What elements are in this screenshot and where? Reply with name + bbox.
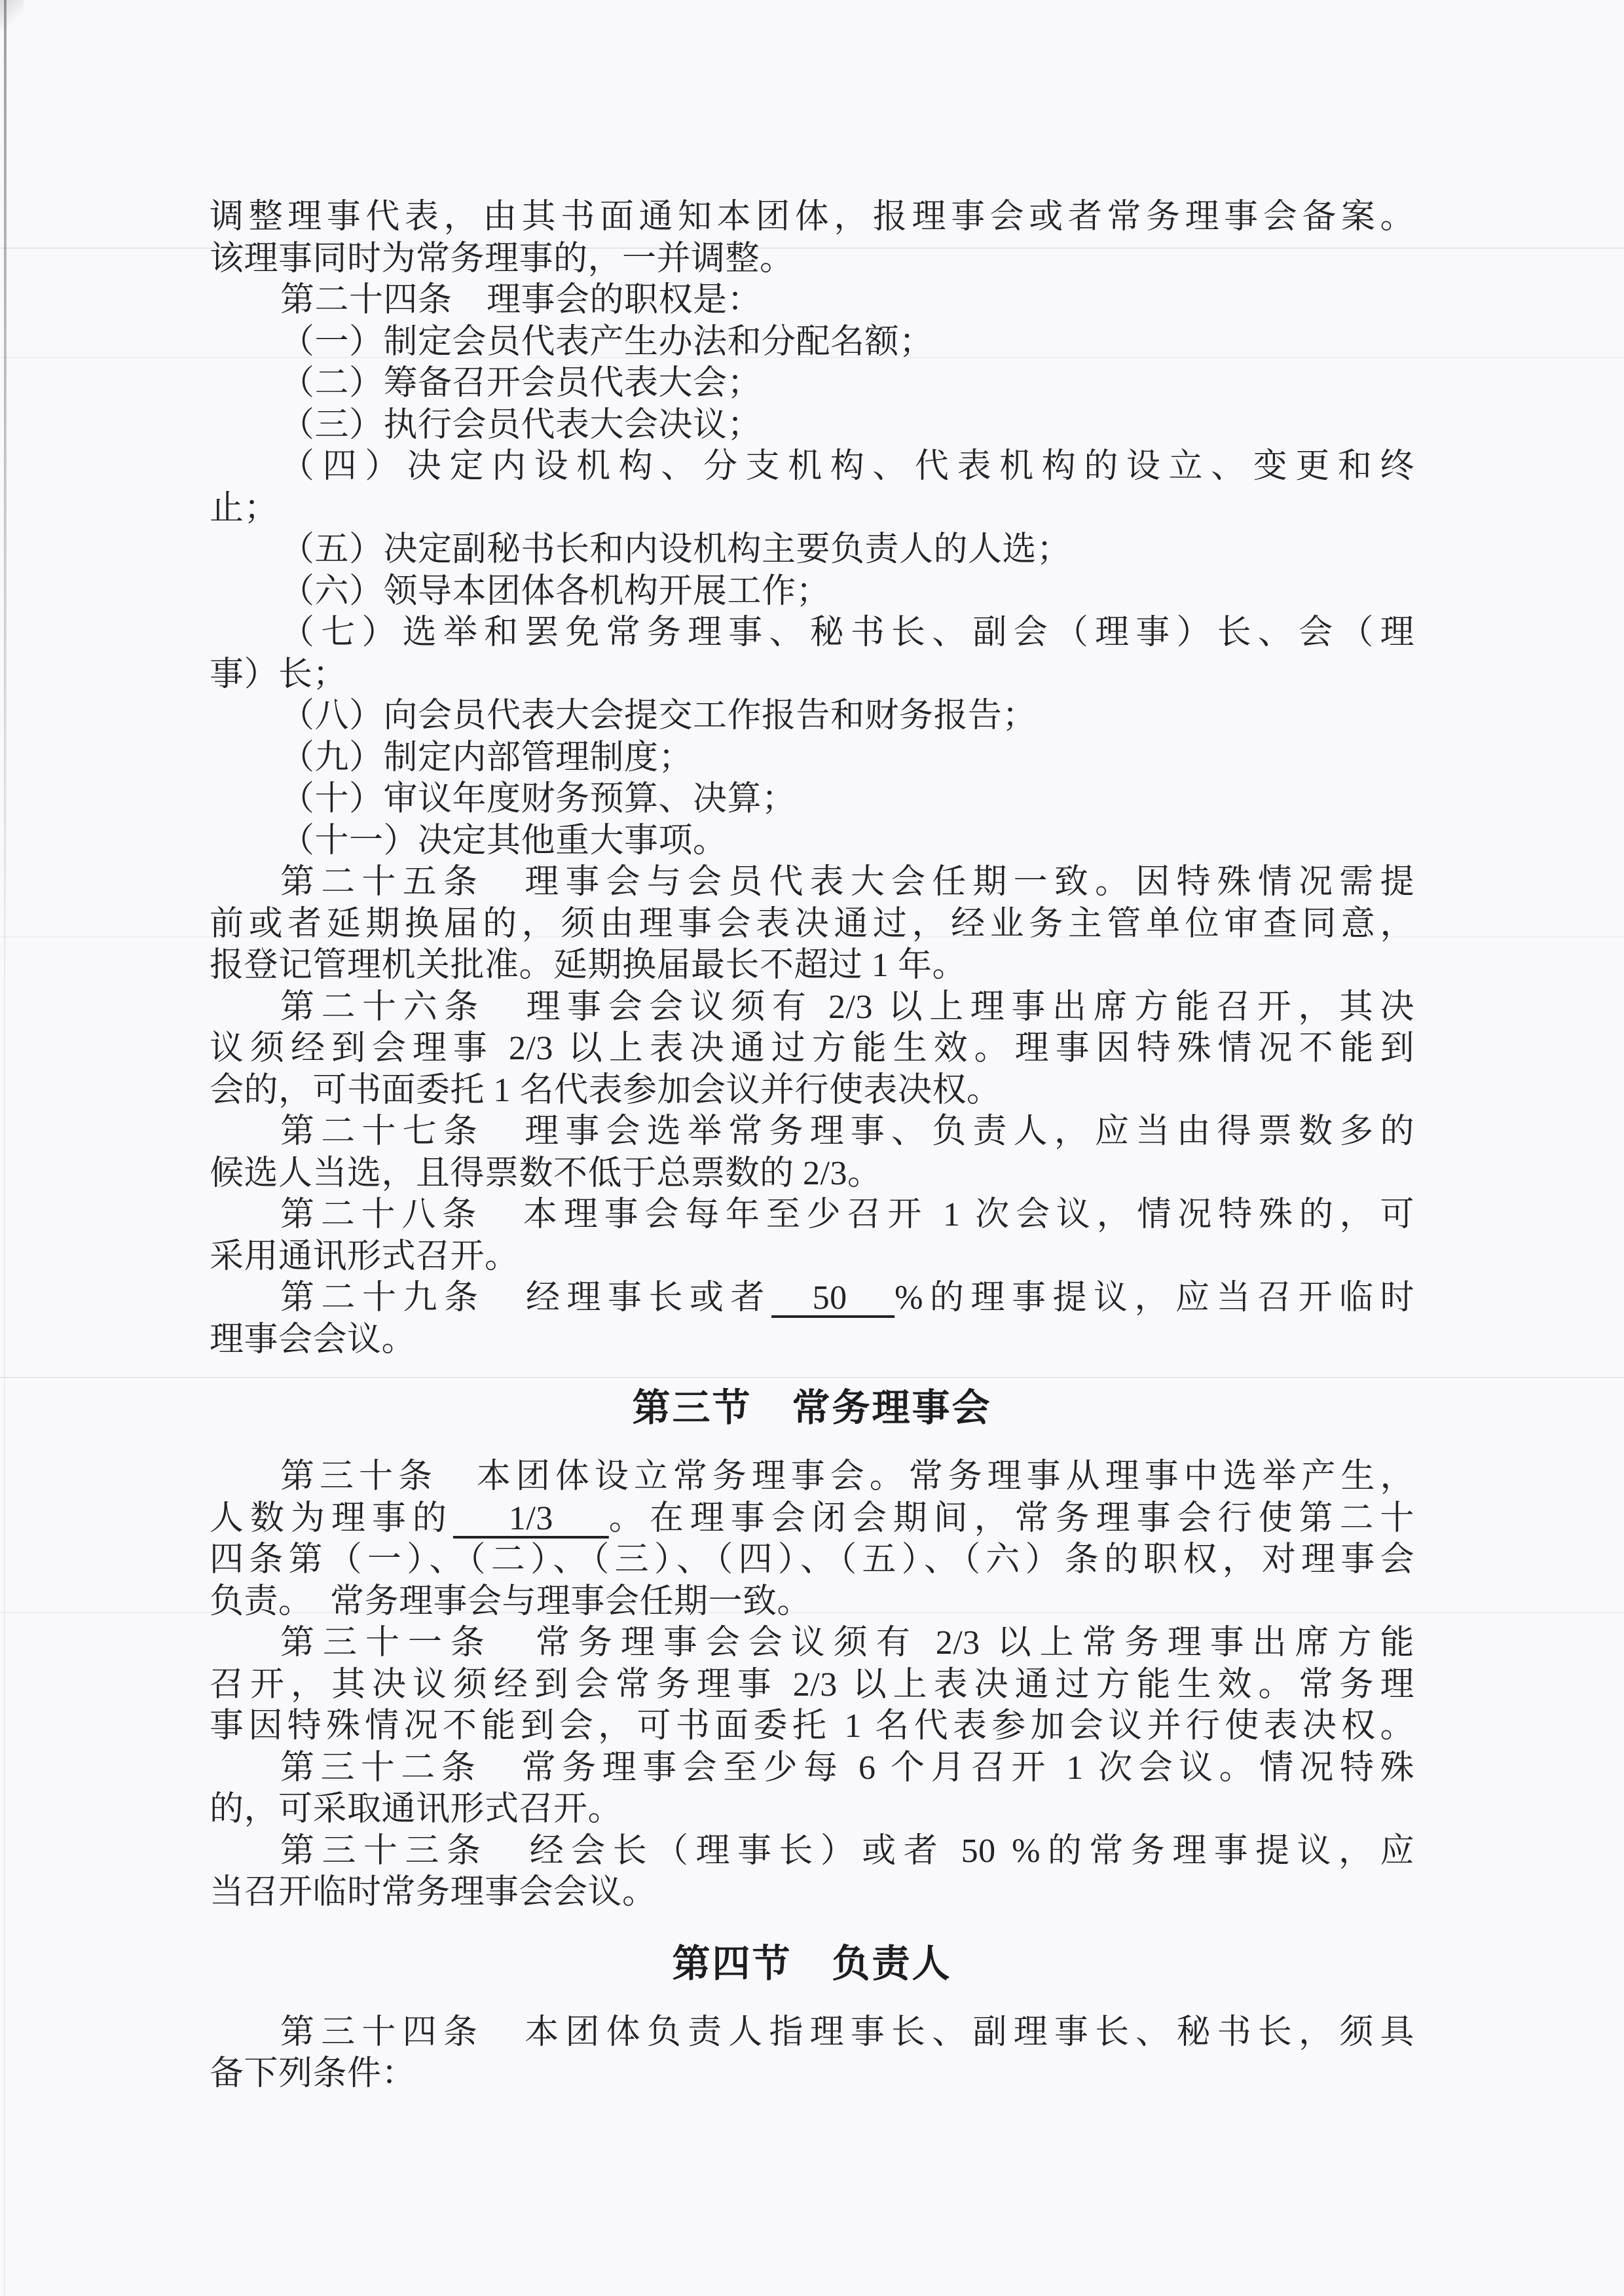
text-run: 第三十四条 本团体负责人指理事长、副理事长、秘书长，须具: [280, 2014, 1414, 2051]
scan-left-edge-faint-line: [4, 0, 5, 2296]
text-run: （六）领导本团体各机构开展工作；: [280, 573, 830, 610]
text-line: 议须经到会理事 2/3 以上表决通过方能生效。理事因特殊情况不能到: [210, 1028, 1414, 1070]
text-line: 负责。 常务理事会与理事会任期一致。: [210, 1581, 1414, 1623]
text-run: 第二十九条 经理事长或者: [280, 1279, 771, 1317]
text-run: 第二十七条 理事会选举常务理事、负责人，应当由得票数多的: [280, 1113, 1414, 1150]
text-line: （四）决定内设机构、分支机构、代表机构的设立、变更和终: [210, 446, 1414, 488]
text-line: 第二十九条 经理事长或者 50 %的理事提议，应当召开临时: [210, 1277, 1414, 1319]
text-run: 候选人当选，且得票数不低于总票数的 2/3。: [210, 1155, 881, 1192]
text-run: 的，可采取通讯形式召开。: [210, 1791, 622, 1828]
text-run: 第三十一条 常务理事会会议须有 2/3 以上常务理事出席方能: [280, 1624, 1414, 1662]
heading-gap: [210, 1987, 1414, 2012]
text-column: 调整理事代表，由其书面通知本团体，报理事会或者常务理事会备案。该理事同时为常务理…: [210, 196, 1414, 2095]
text-run: 调整理事代表，由其书面通知本团体，报理事会或者常务理事会备案。: [210, 198, 1414, 236]
text-line: 止；: [210, 488, 1414, 530]
text-line: 的，可采取通讯形式召开。: [210, 1789, 1414, 1831]
text-line: 第二十七条 理事会选举常务理事、负责人，应当由得票数多的: [210, 1111, 1414, 1153]
text-line: 前或者延期换届的，须由理事会表决通过，经业务主管单位审查同意，: [210, 903, 1414, 945]
text-line: 备下列条件：: [210, 2053, 1414, 2095]
filled-blank-underlined: 50: [771, 1279, 895, 1317]
text-line: 召开，其决议须经到会常务理事 2/3 以上表决通过方能生效。常务理: [210, 1664, 1414, 1706]
filled-blank-underlined: 1/3: [453, 1500, 609, 1537]
text-run: （二）筹备召开会员代表大会；: [280, 365, 762, 402]
text-line: （九）制定内部管理制度；: [210, 737, 1414, 779]
text-run: 四条第（一）、（二）、（三）、（四）、（五）、（六）条的职权，对理事会: [210, 1541, 1414, 1578]
text-line: 采用通讯形式召开。: [210, 1236, 1414, 1278]
scanned-document-page: { "page": { "background": "#f9f9fb", "in…: [0, 0, 1624, 2296]
text-line: 第二十六条 理事会会议须有 2/3 以上理事出席方能召开，其决: [210, 987, 1414, 1029]
text-run: （三）执行会员代表大会决议；: [280, 407, 762, 444]
text-line: 理事会会议。: [210, 1319, 1414, 1361]
text-run: 前或者延期换届的，须由理事会表决通过，经业务主管单位审查同意，: [210, 905, 1414, 943]
text-line: 候选人当选，且得票数不低于总票数的 2/3。: [210, 1153, 1414, 1195]
text-line: （八）向会员代表大会提交工作报告和财务报告；: [210, 695, 1414, 737]
text-run: （四）决定内设机构、分支机构、代表机构的设立、变更和终: [280, 448, 1414, 485]
text-run: （一）制定会员代表产生办法和分配名额；: [280, 323, 934, 361]
text-run: 事因特殊情况不能到会，可书面委托 1 名代表参加会议并行使表决权。: [210, 1707, 1414, 1745]
text-run: （八）向会员代表大会提交工作报告和财务报告；: [280, 697, 1037, 735]
text-run: 议须经到会理事 2/3 以上表决通过方能生效。理事因特殊情况不能到: [210, 1030, 1414, 1067]
text-line: 第三十二条 常务理事会至少每 6 个月召开 1 次会议。情况特殊: [210, 1747, 1414, 1789]
heading-gap: [210, 1431, 1414, 1456]
text-run: 止；: [210, 490, 278, 527]
text-run: 会的，可书面委托 1 名代表参加会议并行使表决权。: [210, 1072, 1001, 1109]
text-run: 备下列条件：: [210, 2055, 416, 2092]
text-line: 事）长；: [210, 654, 1414, 696]
text-run: 负责。 常务理事会与理事会任期一致。: [210, 1583, 811, 1620]
text-line: 第二十八条 本理事会每年至少召开 1 次会议，情况特殊的，可: [210, 1194, 1414, 1236]
text-run: 事）长；: [210, 656, 347, 693]
text-run: 第二十四条 理事会的职权是：: [280, 282, 762, 319]
text-line: 第三十条 本团体设立常务理事会。常务理事从理事中选举产生，: [210, 1456, 1414, 1498]
heading-gap: [210, 1360, 1414, 1385]
text-run: 第三十二条 常务理事会至少每 6 个月召开 1 次会议。情况特殊: [280, 1749, 1414, 1787]
section-heading: 第四节 负责人: [210, 1941, 1414, 1987]
text-line: （一）制定会员代表产生办法和分配名额；: [210, 321, 1414, 363]
text-line: 人数为理事的 1/3 。在理事会闭会期间，常务理事会行使第二十: [210, 1498, 1414, 1540]
text-run: 召开，其决议须经到会常务理事 2/3 以上表决通过方能生效。常务理: [210, 1666, 1414, 1704]
text-run: %的理事提议，应当召开临时: [895, 1279, 1414, 1317]
text-line: （七）选举和罢免常务理事、秘书长、副会（理事）长、会（理: [210, 612, 1414, 654]
text-run: （七）选举和罢免常务理事、秘书长、副会（理事）长、会（理: [280, 614, 1414, 651]
text-line: 第三十四条 本团体负责人指理事长、副理事长、秘书长，须具: [210, 2012, 1414, 2054]
text-run: （十）审议年度财务预算、决算；: [280, 780, 796, 818]
text-line: 第三十一条 常务理事会会议须有 2/3 以上常务理事出席方能: [210, 1622, 1414, 1664]
text-run: 报登记管理机关批准。延期换届最长不超过 1 年。: [210, 947, 967, 984]
text-run: 。在理事会闭会期间，常务理事会行使第二十: [609, 1500, 1414, 1537]
text-line: （三）执行会员代表大会决议；: [210, 405, 1414, 446]
text-line: 事因特殊情况不能到会，可书面委托 1 名代表参加会议并行使表决权。: [210, 1705, 1414, 1747]
text-run: 第二十八条 本理事会每年至少召开 1 次会议，情况特殊的，可: [280, 1196, 1414, 1233]
text-run: 第三十条 本团体设立常务理事会。常务理事从理事中选举产生，: [280, 1458, 1414, 1495]
text-run: 第三十三条 经会长（理事长）或者 50 %的常务理事提议，应: [280, 1832, 1414, 1870]
section-heading: 第三节 常务理事会: [210, 1385, 1414, 1431]
text-line: 会的，可书面委托 1 名代表参加会议并行使表决权。: [210, 1070, 1414, 1112]
text-line: （十一）决定其他重大事项。: [210, 820, 1414, 862]
text-run: 第二十六条 理事会会议须有 2/3 以上理事出席方能召开，其决: [280, 989, 1414, 1026]
text-line: （五）决定副秘书长和内设机构主要负责人的人选；: [210, 529, 1414, 571]
text-run: 当召开临时常务理事会会议。: [210, 1874, 657, 1911]
text-run: 理事会会议。: [210, 1321, 416, 1358]
text-line: 该理事同时为常务理事的，一并调整。: [210, 238, 1414, 280]
text-line: 报登记管理机关批准。延期换届最长不超过 1 年。: [210, 945, 1414, 987]
text-run: （五）决定副秘书长和内设机构主要负责人的人选；: [280, 531, 1071, 568]
text-line: 四条第（一）、（二）、（三）、（四）、（五）、（六）条的职权，对理事会: [210, 1539, 1414, 1581]
text-run: 第二十五条 理事会与会员代表大会任期一致。因特殊情况需提: [280, 864, 1414, 901]
text-line: 第二十四条 理事会的职权是：: [210, 280, 1414, 321]
text-run: （十一）决定其他重大事项。: [280, 822, 728, 860]
text-run: 人数为理事的: [210, 1500, 453, 1537]
text-line: 当召开临时常务理事会会议。: [210, 1872, 1414, 1914]
text-run: （九）制定内部管理制度；: [280, 739, 693, 776]
text-run: 该理事同时为常务理事的，一并调整。: [210, 240, 794, 278]
text-line: （二）筹备召开会员代表大会；: [210, 363, 1414, 405]
heading-gap: [210, 1914, 1414, 1941]
text-line: 调整理事代表，由其书面通知本团体，报理事会或者常务理事会备案。: [210, 196, 1414, 238]
text-line: 第二十五条 理事会与会员代表大会任期一致。因特殊情况需提: [210, 862, 1414, 903]
text-run: 采用通讯形式召开。: [210, 1238, 519, 1275]
text-line: （六）领导本团体各机构开展工作；: [210, 571, 1414, 613]
text-line: （十）审议年度财务预算、决算；: [210, 778, 1414, 820]
text-line: 第三十三条 经会长（理事长）或者 50 %的常务理事提议，应: [210, 1831, 1414, 1872]
